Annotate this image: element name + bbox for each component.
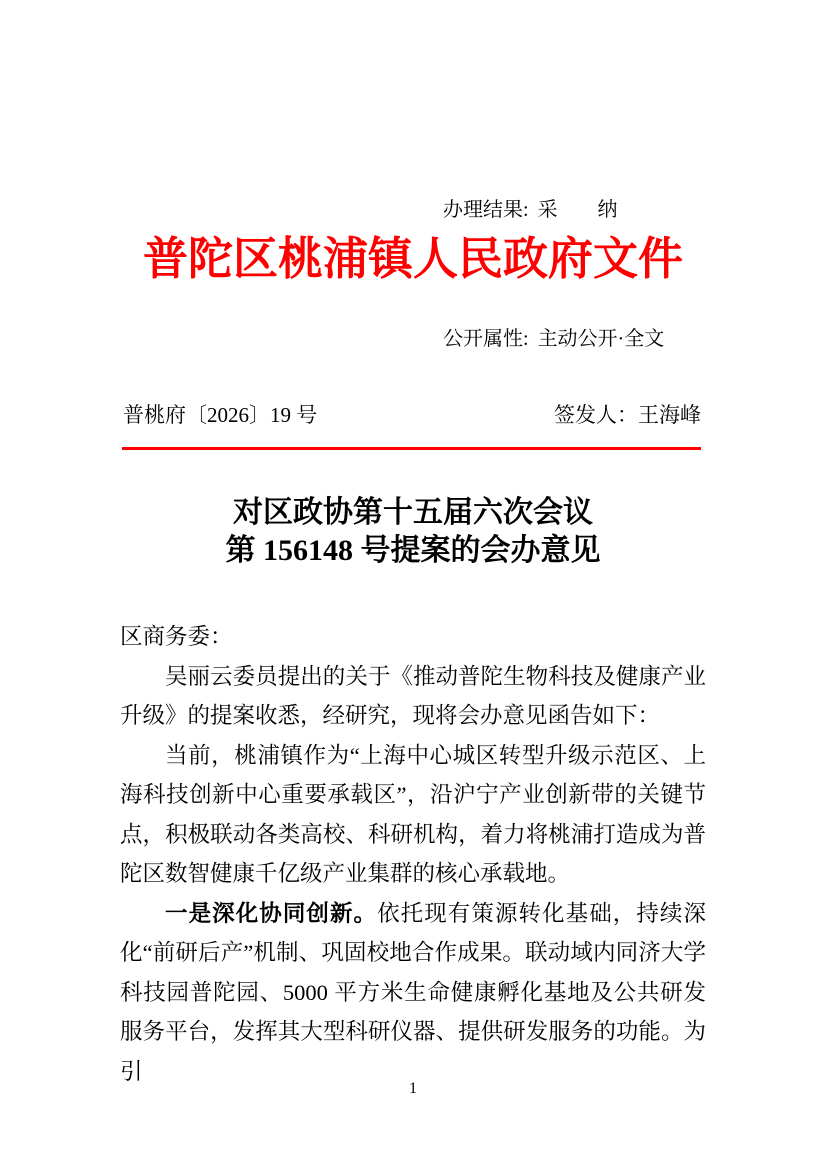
document-title-line1: 对区政协第十五届六次会议 [0, 494, 826, 532]
meta-publicity-value: 主动公开·全文 [538, 328, 665, 350]
meta-result-line: 办理结果:采 纳 [443, 189, 664, 232]
signer-name: 王海峰 [638, 403, 701, 427]
doc-number-row: 普桃府〔2026〕19 号 签发人：王海峰 [123, 403, 701, 427]
meta-result-value: 采 纳 [538, 199, 618, 221]
issue-number: 普桃府〔2026〕19 号 [123, 403, 317, 427]
salutation: 区商务委： [120, 617, 706, 657]
document-title: 对区政协第十五届六次会议 第 156148 号提案的会办意见 [0, 494, 826, 570]
body-paragraph: 吴丽云委员提出的关于《推动普陀生物科技及健康产业升级》的提案收悉，经研究，现将会… [120, 657, 706, 736]
signer-label: 签发人： [554, 403, 638, 427]
body-paragraph: 一是深化协同创新。依托现有策源转化基础，持续深化“前研后产”机制、巩固校地合作成… [120, 894, 706, 1092]
document-page: 办理结果:采 纳 公开属性:主动公开·全文 普陀区桃浦镇人民政府文件 普桃府〔2… [0, 0, 826, 1169]
meta-publicity-label: 公开属性: [443, 328, 529, 350]
meta-publicity-line: 公开属性:主动公开·全文 [443, 318, 664, 361]
red-divider-rule [122, 447, 701, 450]
signer: 签发人：王海峰 [554, 403, 701, 427]
paragraph-text: 当前，桃浦镇作为“上海中心城区转型升级示范区、上海科技创新中心重要承载区”，沿沪… [120, 743, 706, 887]
body-paragraph: 当前，桃浦镇作为“上海中心城区转型升级示范区、上海科技创新中心重要承载区”，沿沪… [120, 736, 706, 894]
document-title-line2: 第 156148 号提案的会办意见 [0, 532, 826, 570]
paragraph-lead: 一是深化协同创新。 [165, 901, 377, 926]
paragraph-text: 依托现有策源转化基础，持续深化“前研后产”机制、巩固校地合作成果。联动域内同济大… [120, 901, 706, 1084]
masthead-title: 普陀区桃浦镇人民政府文件 [0, 233, 826, 285]
meta-result-label: 办理结果: [443, 199, 529, 221]
paragraph-text: 吴丽云委员提出的关于《推动普陀生物科技及健康产业升级》的提案收悉，经研究，现将会… [120, 664, 706, 729]
document-body: 区商务委： 吴丽云委员提出的关于《推动普陀生物科技及健康产业升级》的提案收悉，经… [120, 617, 706, 1091]
page-number: 1 [0, 1080, 826, 1098]
